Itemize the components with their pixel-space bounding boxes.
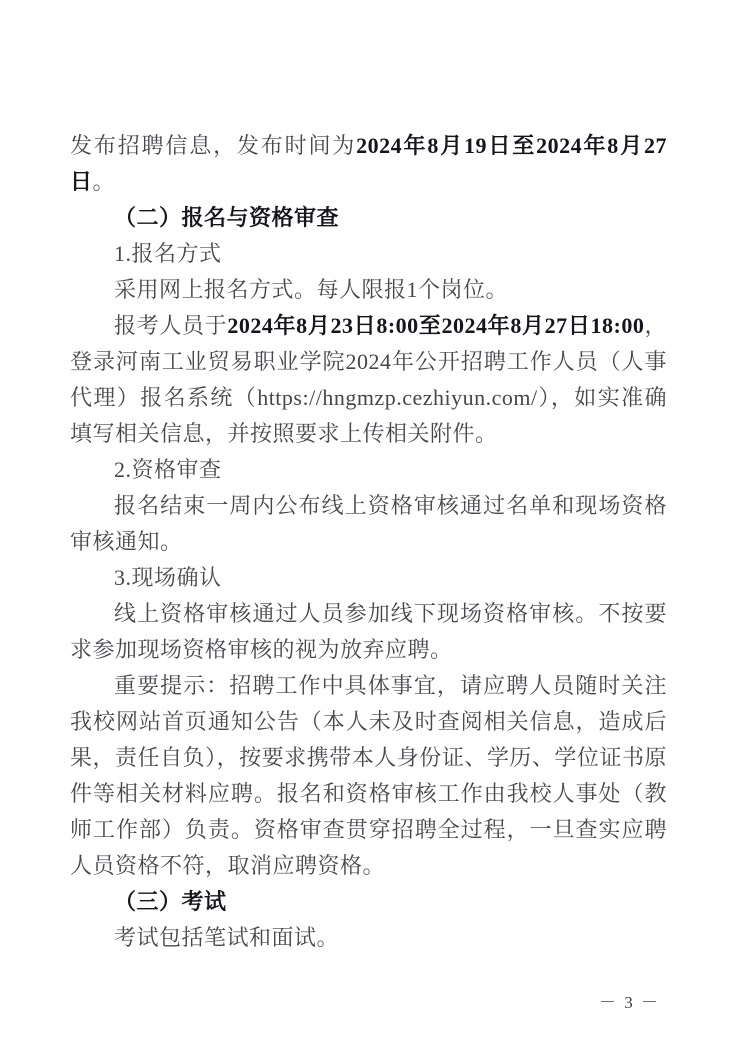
bold-text-run: （三）考试 bbox=[114, 889, 227, 914]
paragraph: 线上资格审核通过人员参加线下现场资格审核。不按要求参加现场资格审核的视为放弃应聘… bbox=[70, 596, 667, 668]
text-run: 重要提示：招聘工作中具体事宜，请应聘人员随时关注我校网站首页通知公告（本人未及时… bbox=[70, 673, 667, 878]
text-run: 报名结束一周内公布线上资格审核通过名单和现场资格审核通知。 bbox=[70, 493, 667, 554]
paragraph: 考试包括笔试和面试。 bbox=[70, 920, 667, 956]
text-run: 2.资格审查 bbox=[114, 457, 222, 482]
paragraph: 报名结束一周内公布线上资格审核通过名单和现场资格审核通知。 bbox=[70, 488, 667, 560]
paragraph: 采用网上报名方式。每人限报1个岗位。 bbox=[70, 272, 667, 308]
text-run: 发布招聘信息，发布时间为 bbox=[70, 133, 356, 158]
page-number: － 3 － bbox=[0, 988, 660, 1013]
document-page: 发布招聘信息，发布时间为2024年8月19日至2024年8月27日。（二）报名与… bbox=[0, 0, 755, 1053]
text-run: 。 bbox=[93, 169, 116, 194]
text-run: 采用网上报名方式。每人限报1个岗位。 bbox=[114, 277, 508, 302]
text-run: 3.现场确认 bbox=[114, 565, 222, 590]
paragraph: 报考人员于2024年8月23日8:00至2024年8月27日18:00，登录河南… bbox=[70, 308, 667, 452]
section-heading: （二）报名与资格审查 bbox=[70, 200, 667, 236]
section-heading: （三）考试 bbox=[70, 884, 667, 920]
paragraph: 3.现场确认 bbox=[70, 560, 667, 596]
document-body: 发布招聘信息，发布时间为2024年8月19日至2024年8月27日。（二）报名与… bbox=[70, 128, 667, 956]
paragraph: 1.报名方式 bbox=[70, 236, 667, 272]
paragraph: 发布招聘信息，发布时间为2024年8月19日至2024年8月27日。 bbox=[70, 128, 667, 200]
text-run: 线上资格审核通过人员参加线下现场资格审核。不按要求参加现场资格审核的视为放弃应聘… bbox=[70, 601, 667, 662]
text-run: 1.报名方式 bbox=[114, 241, 222, 266]
text-run: 考试包括笔试和面试。 bbox=[114, 925, 339, 950]
bold-text-run: （二）报名与资格审查 bbox=[114, 205, 339, 230]
paragraph: 重要提示：招聘工作中具体事宜，请应聘人员随时关注我校网站首页通知公告（本人未及时… bbox=[70, 668, 667, 884]
paragraph: 2.资格审查 bbox=[70, 452, 667, 488]
bold-text-run: 2024年8月23日8:00至2024年8月27日18:00 bbox=[227, 313, 644, 338]
text-run: 报考人员于 bbox=[114, 313, 227, 338]
